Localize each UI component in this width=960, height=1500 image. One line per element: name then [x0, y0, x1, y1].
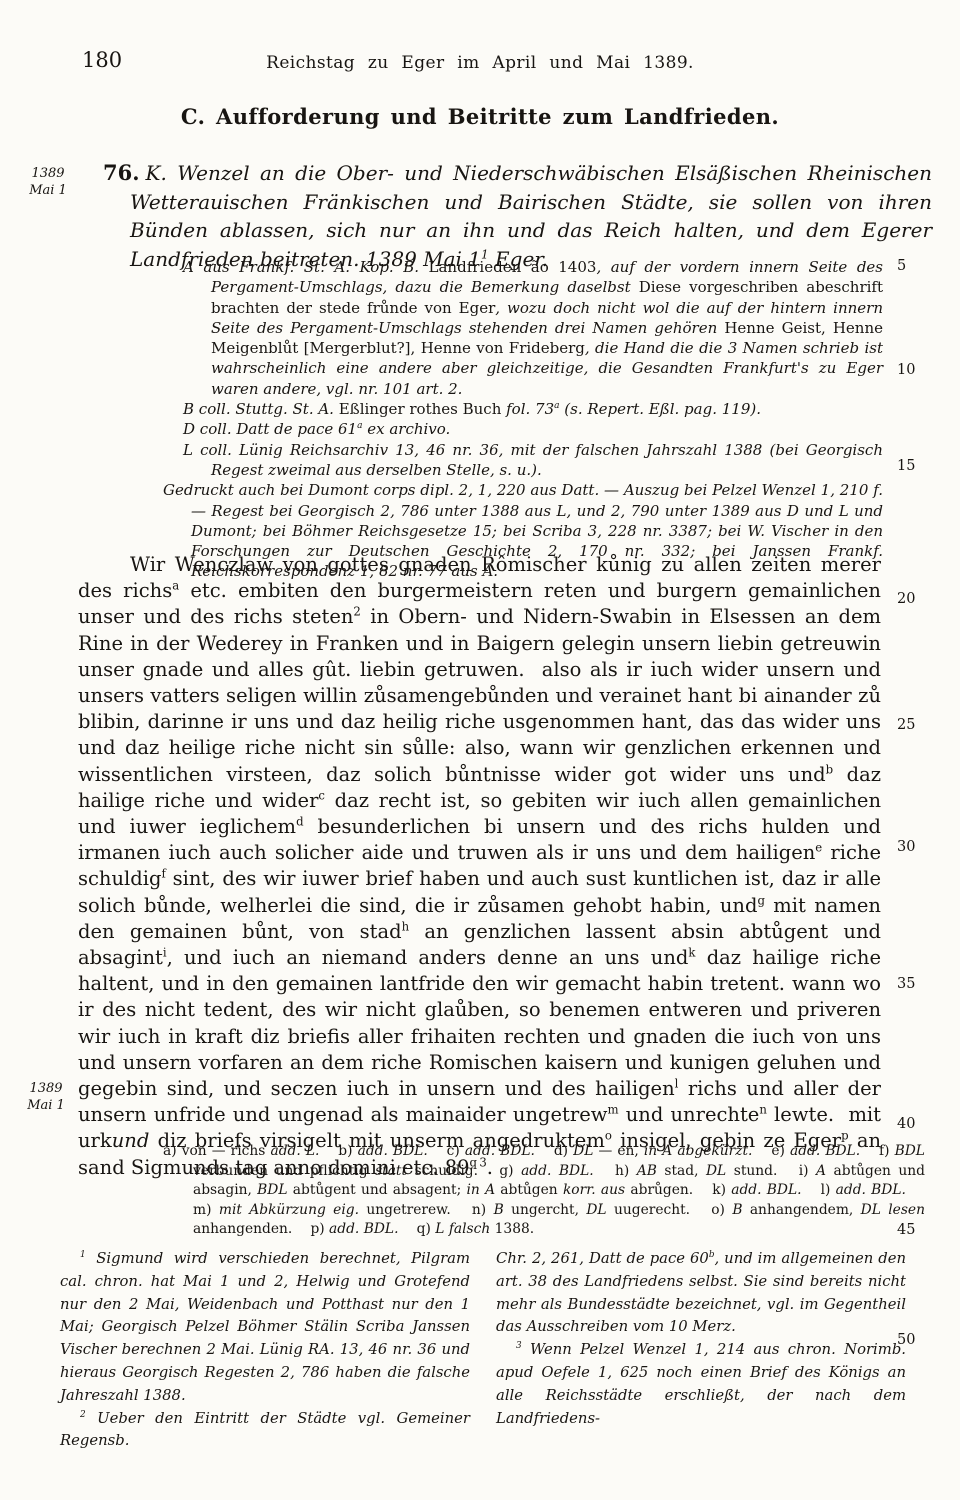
footnotes: 1 Sigmund wird verschieden berechnet, Pi…: [60, 1248, 906, 1453]
line-number-15: 15: [897, 458, 927, 474]
footnote-1: 1 Sigmund wird verschieden berechnet, Pi…: [60, 1248, 470, 1408]
margin-note-day: Mai 1: [16, 182, 80, 199]
apparatus-entry-l: L coll. Lünig Reichsarchiv 13, 46 nr. 36…: [183, 440, 883, 481]
footnote-column-left: 1 Sigmund wird verschieden berechnet, Pi…: [60, 1248, 470, 1453]
document-text: Wir Wenczlaw von gottes gnaden Rômischer…: [78, 552, 881, 1181]
apparatus-entry-d: D coll. Datt de pace 61a ex archivo.: [183, 419, 883, 439]
line-number-5: 5: [897, 258, 927, 274]
apparatus-entry-a: A aus Frankf. St. A. Kop. B. Landfrieden…: [183, 257, 883, 399]
book-page: 180 Reichstag zu Eger im April und Mai 1…: [0, 0, 960, 1500]
entry-heading: 76.K. Wenzel an die Ober- und Niederschw…: [103, 159, 932, 273]
entry-title: K. Wenzel an die Ober- und Niederschwäbi…: [130, 161, 932, 271]
entry-number: 76.: [103, 160, 146, 185]
margin-note-date-bottom: 1389 Mai 1: [14, 1080, 78, 1114]
line-number-50: 50: [897, 1332, 927, 1348]
source-apparatus: A aus Frankf. St. A. Kop. B. Landfrieden…: [183, 257, 883, 582]
margin-note-day: Mai 1: [14, 1097, 78, 1114]
line-number-10: 10: [897, 362, 927, 378]
footnote-column-right: Chr. 2, 261, Datt de pace 60b, und im al…: [496, 1248, 906, 1453]
margin-note-year: 1389: [16, 165, 80, 182]
section-title: C. Aufforderung und Beitritte zum Landfr…: [0, 104, 960, 129]
footnote-3: 3 Wenn Pelzel Wenzel 1, 214 aus chron. N…: [496, 1339, 906, 1430]
line-number-25: 25: [897, 717, 927, 733]
running-head: Reichstag zu Eger im April und Mai 1389.: [0, 53, 960, 73]
line-number-35: 35: [897, 976, 927, 992]
margin-note-date-top: 1389 Mai 1: [16, 165, 80, 199]
line-number-45: 45: [897, 1222, 927, 1238]
margin-note-year: 1389: [14, 1080, 78, 1097]
variant-notes: a) von — richs add. L. b) add. BDL. c) a…: [163, 1142, 925, 1240]
line-number-40: 40: [897, 1116, 927, 1132]
footnote-2-continued: Chr. 2, 261, Datt de pace 60b, und im al…: [496, 1248, 906, 1339]
apparatus-entry-b: B coll. Stuttg. St. A. Eßlinger rothes B…: [183, 399, 883, 419]
line-number-30: 30: [897, 839, 927, 855]
footnote-2: 2 Ueber den Eintritt der Städte vgl. Gem…: [60, 1408, 470, 1454]
line-number-20: 20: [897, 591, 927, 607]
